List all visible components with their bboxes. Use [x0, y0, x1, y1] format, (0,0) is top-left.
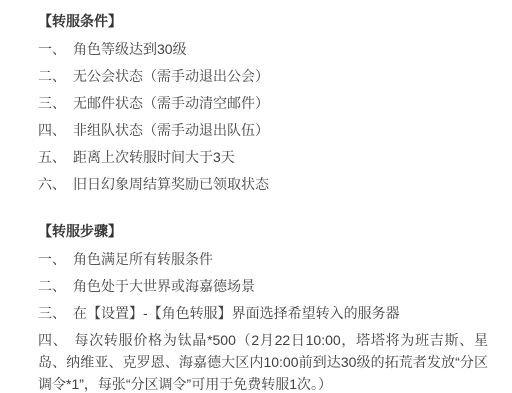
list-item-number: 一、	[38, 251, 66, 267]
list-item: 五、距离上次转服时间大于3天	[38, 146, 488, 168]
list-item-number: 二、	[38, 278, 66, 294]
list-item: 三、在【设置】-【角色转服】界面选择希望转入的服务器	[38, 302, 488, 324]
list-item-text: 无邮件状态（需手动清空邮件）	[73, 95, 269, 111]
list-item-text: 无公会状态（需手动退出公会）	[73, 68, 269, 84]
list-item-text: 角色等级达到30级	[73, 41, 187, 57]
list-item-number: 三、	[38, 95, 66, 111]
list-item-number: 一、	[38, 41, 66, 57]
list-item-text: 角色满足所有转服条件	[73, 251, 213, 267]
section-transfer-conditions: 【转服条件】 一、角色等级达到30级 二、无公会状态（需手动退出公会） 三、无邮…	[38, 10, 488, 195]
list-item-text: 旧日幻象周结算奖励已领取状态	[73, 176, 269, 192]
list-item-text: 每次转服价格为钛晶*500（2月22日10:00，塔塔将为班吉斯、星岛、纳维亚、…	[38, 332, 488, 392]
list-item: 一、角色等级达到30级	[38, 38, 488, 60]
section-heading-conditions: 【转服条件】	[38, 10, 488, 32]
list-item: 三、无邮件状态（需手动清空邮件）	[38, 92, 488, 114]
list-item: 二、无公会状态（需手动退出公会）	[38, 65, 488, 87]
section-transfer-steps: 【转服步骤】 一、角色满足所有转服条件 二、角色处于大世界或海嘉德场景 三、在【…	[38, 220, 488, 393]
list-item: 二、角色处于大世界或海嘉德场景	[38, 275, 488, 297]
list-item: 六、旧日幻象周结算奖励已领取状态	[38, 173, 488, 195]
list-item: 一、角色满足所有转服条件	[38, 248, 488, 270]
list-item: 四、非组队状态（需手动退出队伍）	[38, 119, 488, 141]
list-item-text: 距离上次转服时间大于3天	[73, 149, 235, 165]
list-item-number: 二、	[38, 68, 66, 84]
list-item-number: 五、	[38, 149, 66, 165]
list-item-number: 六、	[38, 176, 66, 192]
section-heading-steps: 【转服步骤】	[38, 220, 488, 242]
list-item-text: 角色处于大世界或海嘉德场景	[73, 278, 255, 294]
list-item-number: 四、	[38, 122, 66, 138]
list-item-text: 非组队状态（需手动退出队伍）	[73, 122, 269, 138]
list-item-number: 四、	[38, 332, 67, 348]
server-transfer-notice: 【转服条件】 一、角色等级达到30级 二、无公会状态（需手动退出公会） 三、无邮…	[0, 0, 512, 393]
list-item-text: 在【设置】-【角色转服】界面选择希望转入的服务器	[73, 305, 400, 321]
list-item-number: 三、	[38, 305, 66, 321]
list-item: 四、每次转服价格为钛晶*500（2月22日10:00，塔塔将为班吉斯、星岛、纳维…	[38, 329, 488, 393]
